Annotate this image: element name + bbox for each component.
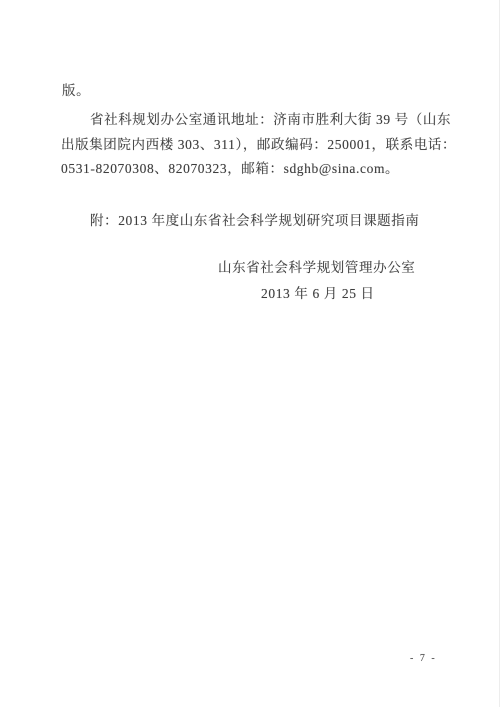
attachment-reference-line: 附：2013 年度山东省社会科学规划研究项目课题指南 [90,214,419,228]
contact-address-line-1: 省社科规划办公室通讯地址：济南市胜利大街 39 号（山东 [90,113,451,127]
paragraph-continuation-line: 版。 [62,84,90,98]
page-number: - 7 - [410,654,437,664]
contact-address-line-2: 出版集团院内西楼 303、311），邮政编码：250001，联系电话： [61,138,456,152]
contact-address-line-3: 0531-82070308、82070323，邮箱：sdghb@sina.com… [61,162,399,176]
signature-organization: 山东省社会科学规划管理办公室 [218,261,415,275]
document-page: 版。 省社科规划办公室通讯地址：济南市胜利大街 39 号（山东 出版集团院内西楼… [0,0,500,707]
signature-date: 2013 年 6 月 25 日 [261,287,375,301]
